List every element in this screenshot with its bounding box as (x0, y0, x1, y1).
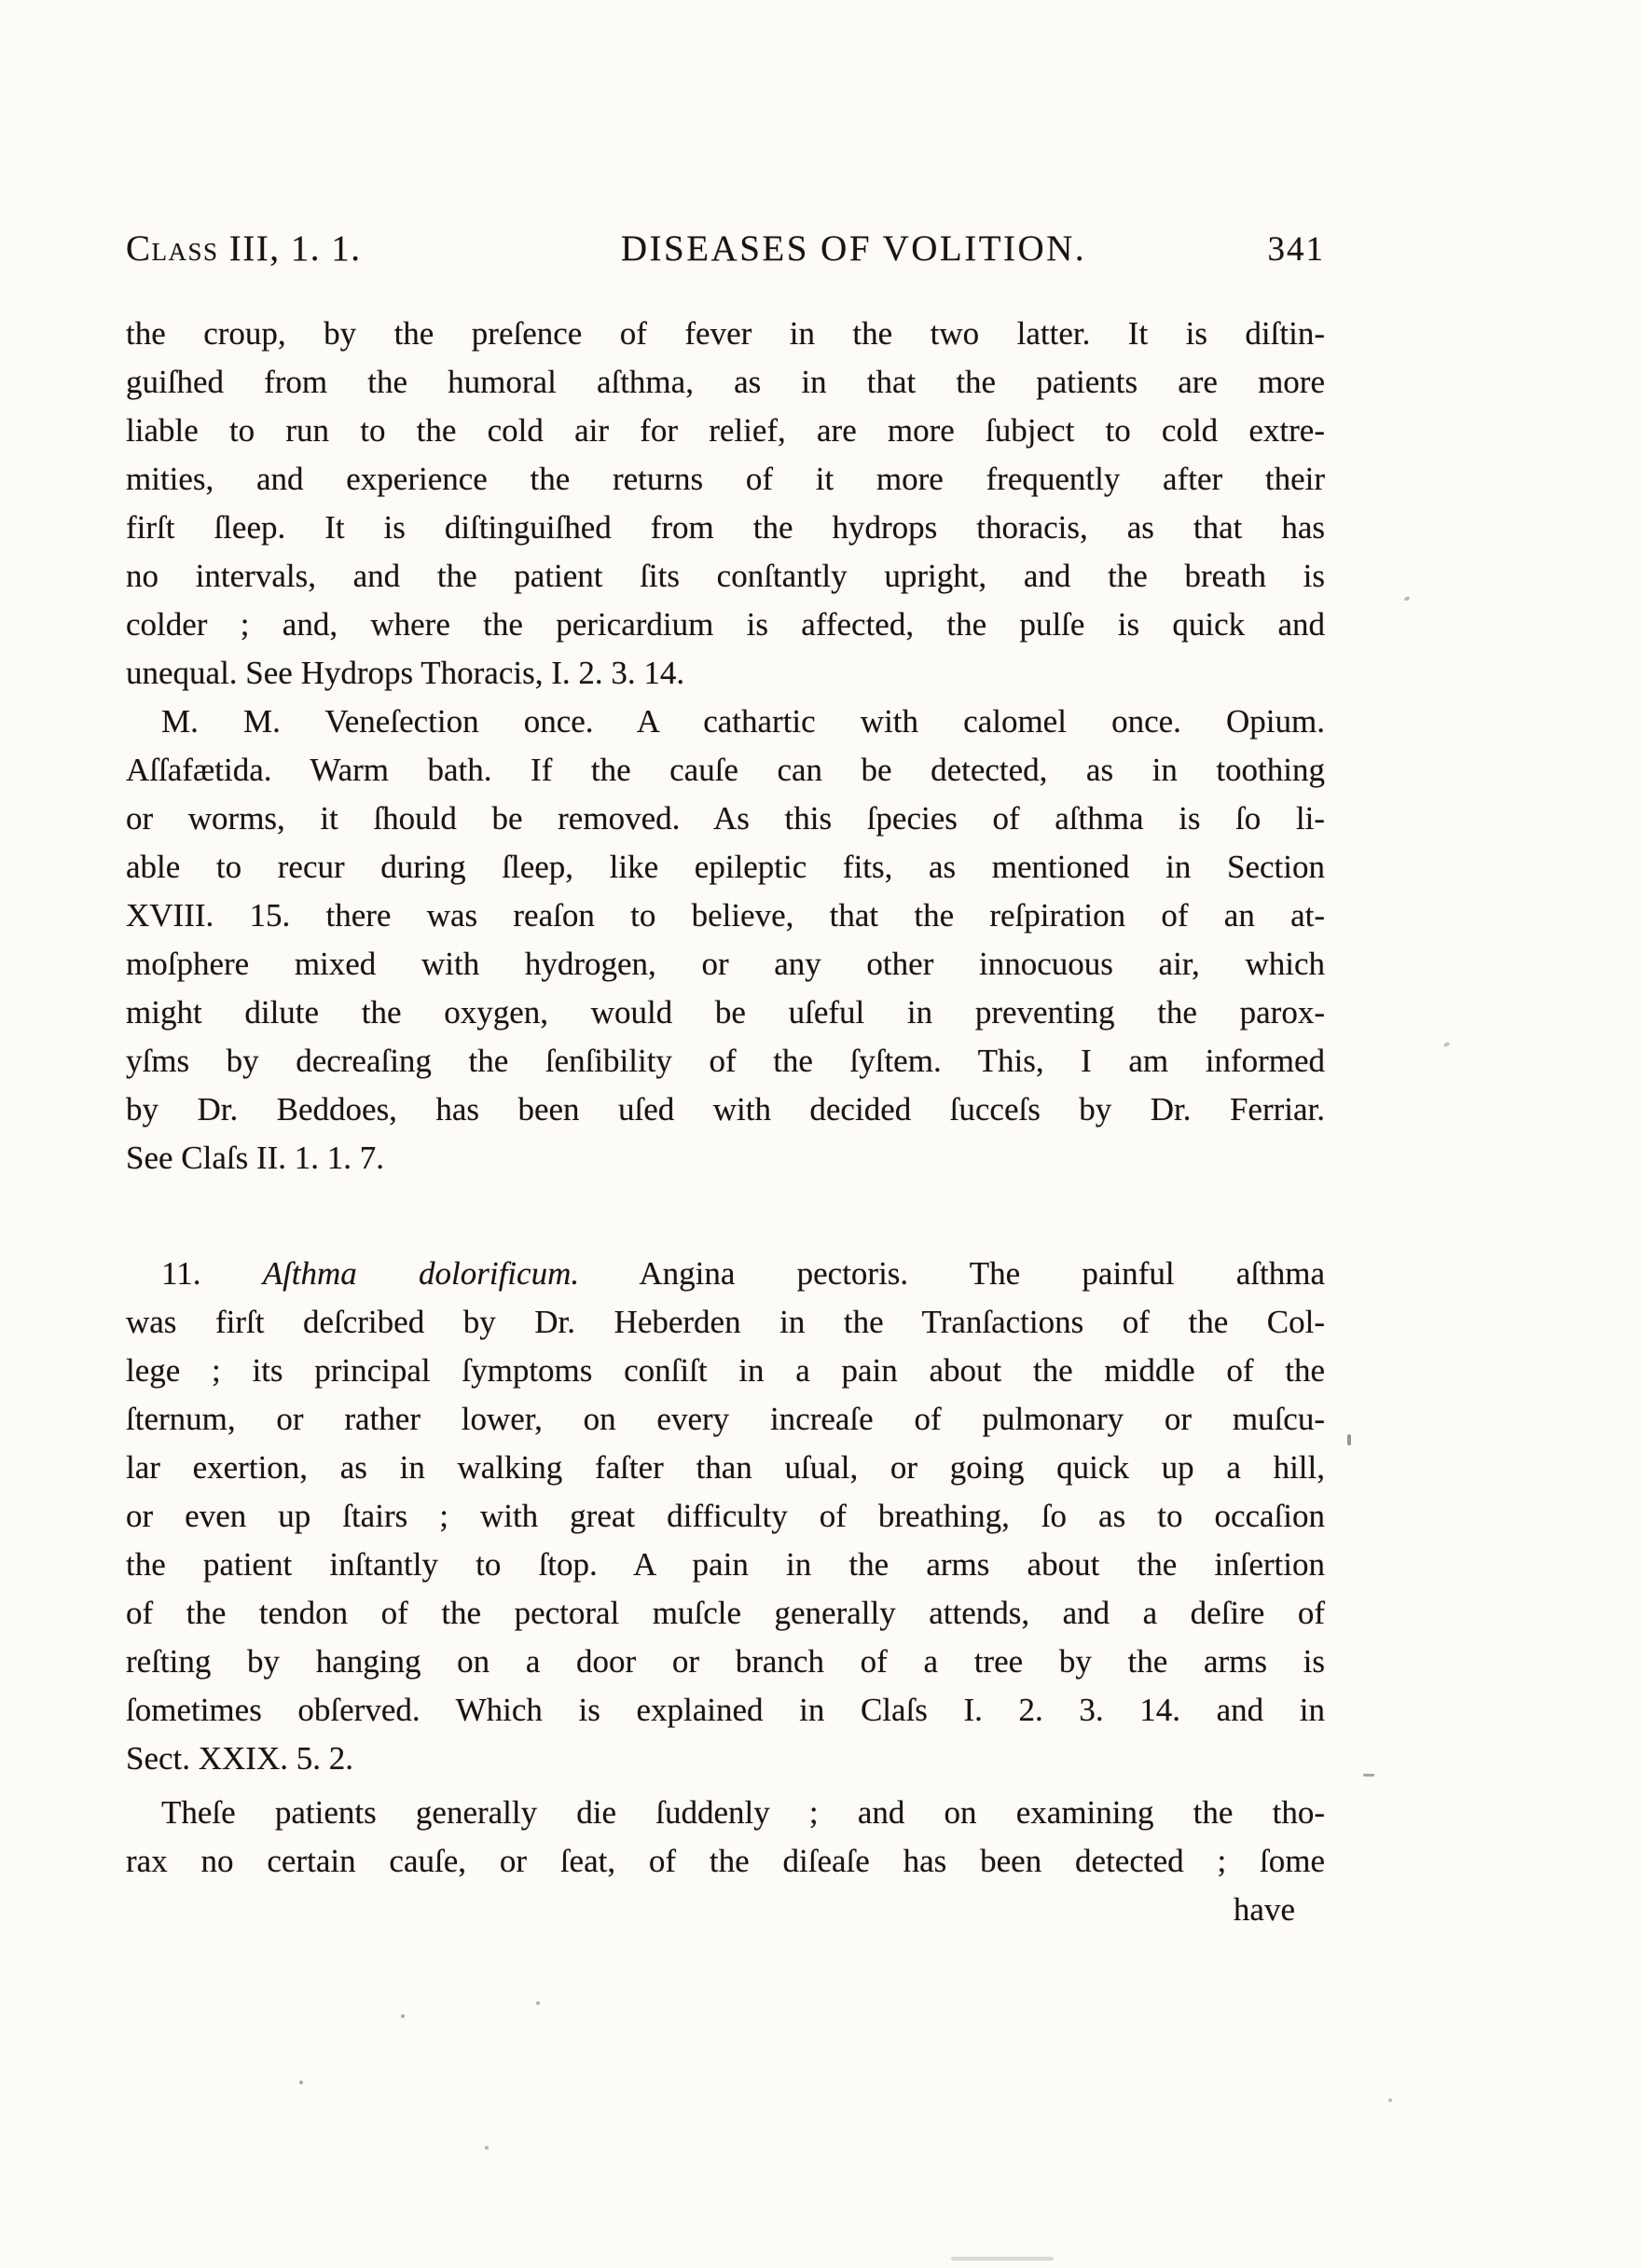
running-class-label: Class III, 1. 1. (126, 228, 362, 270)
text-line: lege ; its principal ſymptoms conſiſt in… (126, 1347, 1325, 1395)
paragraph-4: Theſe patients generally die ſuddenly ; … (126, 1789, 1325, 1886)
text-line: the croup, by the preſence of fever in t… (126, 310, 1325, 358)
text-line: yſms by decreaſing the ſenſibility of th… (126, 1037, 1325, 1086)
text-line: might dilute the oxygen, would be uſeful… (126, 989, 1325, 1037)
text-line: Sect. XXIX. 5. 2. (126, 1735, 1325, 1783)
catchword: have (126, 1886, 1325, 1934)
paragraph-3: 11. Aſthma dolorificum. Angina pectoris.… (126, 1250, 1325, 1783)
scan-speck (536, 2001, 540, 2005)
text-block: Class III, 1. 1. DISEASES OF VOLITION. 3… (126, 228, 1325, 1934)
scan-speck (1388, 2098, 1392, 2102)
text-line: See Claſs II. 1. 1. 7. (126, 1134, 1325, 1182)
species-number: 11. (161, 1255, 263, 1292)
running-title: DISEASES OF VOLITION. (621, 228, 1086, 270)
paragraph-2: M. M. Veneſection once. A cathartic with… (126, 698, 1325, 1182)
text-line species-heading: 11. Aſthma dolorificum. Angina pectoris.… (126, 1250, 1325, 1298)
scan-speck (1347, 1434, 1351, 1445)
text-line: ſometimes obſerved. Which is explained i… (126, 1686, 1325, 1735)
text-line: unequal. See Hydrops Thoracis, I. 2. 3. … (126, 649, 1325, 698)
scanned-book-page: Class III, 1. 1. DISEASES OF VOLITION. 3… (0, 0, 1641, 2268)
text-line: of the tendon of the pectoral muſcle gen… (126, 1589, 1325, 1638)
text-line: moſphere mixed with hydrogen, or any oth… (126, 940, 1325, 989)
text-line: XVIII. 15. there was reaſon to believe, … (126, 892, 1325, 940)
text-line: liable to run to the cold air for relief… (126, 407, 1325, 455)
text-line: or even up ſtairs ; with great difficult… (126, 1492, 1325, 1541)
scan-speck (401, 2014, 405, 2018)
paragraph-1: the croup, by the preſence of fever in t… (126, 310, 1325, 698)
text-line: was firſt deſcribed by Dr. Heberden in t… (126, 1298, 1325, 1347)
species-name-italic: Aſthma dolorificum. (263, 1255, 579, 1292)
text-line: lar exertion, as in walking faſter than … (126, 1444, 1325, 1492)
text-line: rax no certain cauſe, or ſeat, of the di… (126, 1837, 1325, 1886)
scan-speck (485, 2146, 489, 2150)
page-header: Class III, 1. 1. DISEASES OF VOLITION. 3… (126, 228, 1325, 282)
scan-speck (299, 2081, 303, 2084)
text-line: guiſhed from the humoral aſthma, as in t… (126, 358, 1325, 407)
text-line: the patient inſtantly to ſtop. A pain in… (126, 1541, 1325, 1589)
text-line: ſternum, or rather lower, on every incre… (126, 1395, 1325, 1444)
body-text: the croup, by the preſence of fever in t… (126, 310, 1325, 1934)
page-number: 341 (1268, 229, 1326, 270)
text-line: no intervals, and the patient ſits conſt… (126, 552, 1325, 601)
text-line: reſting by hanging on a door or branch o… (126, 1638, 1325, 1686)
text-line: M. M. Veneſection once. A cathartic with… (126, 698, 1325, 746)
scan-speck (1403, 596, 1410, 602)
text-line: Theſe patients generally die ſuddenly ; … (126, 1789, 1325, 1837)
text-line: by Dr. Beddoes, has been uſed with decid… (126, 1086, 1325, 1134)
text-line: or worms, it ſhould be removed. As this … (126, 795, 1325, 843)
text-line: mities, and experience the returns of it… (126, 455, 1325, 504)
scan-speck (1363, 1774, 1374, 1777)
species-heading-rest: Angina pectoris. The painful aſthma (579, 1255, 1325, 1292)
scan-speck (951, 2257, 1054, 2261)
text-line: Aſſafætida. Warm bath. If the cauſe can … (126, 746, 1325, 795)
scan-speck (1442, 1042, 1450, 1048)
text-line: firſt ſleep. It is diſtinguiſhed from th… (126, 504, 1325, 552)
catchword-text: have (1234, 1891, 1295, 1928)
text-line: able to recur during ſleep, like epilept… (126, 843, 1325, 892)
text-line: colder ; and, where the pericardium is a… (126, 601, 1325, 649)
